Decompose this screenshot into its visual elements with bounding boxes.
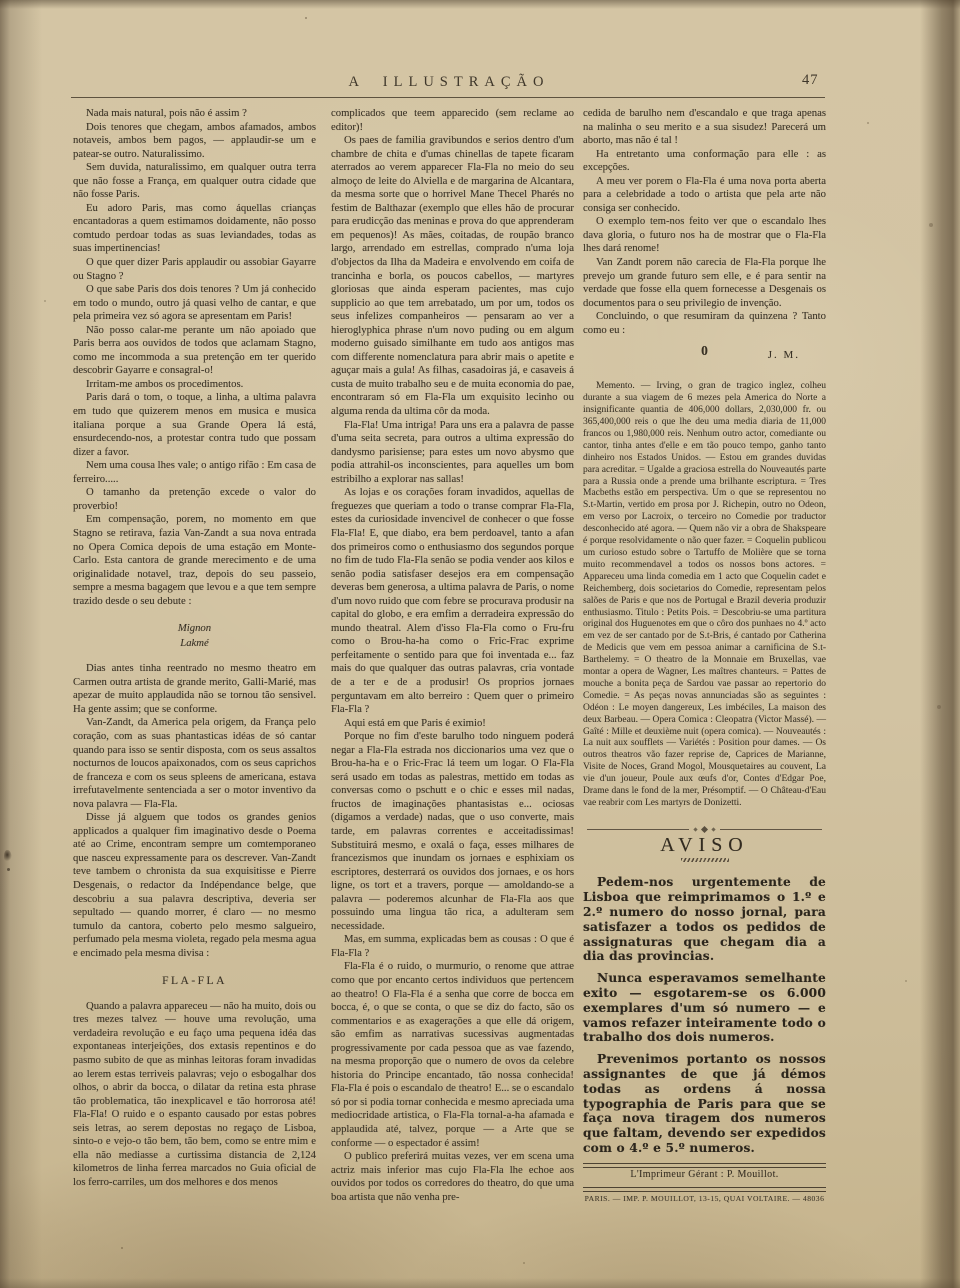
paragraph: A meu ver porem o Fla-Fla é uma nova por… xyxy=(583,175,826,216)
paragraph: O que sabe Paris dos dois tenores ? Um j… xyxy=(73,283,316,324)
page-number: 47 xyxy=(802,72,819,89)
paragraph: Fla-Fla! Uma intriga! Para uns era a pal… xyxy=(331,419,574,487)
diamond-ornament-icon xyxy=(711,827,715,831)
paragraph: Não posso calar-me perante um não apoiad… xyxy=(73,324,316,378)
imprimeur-gerant-line: L'Imprimeur Gérant : P. Mouillot. xyxy=(583,1168,826,1182)
paragraph: O tamanho da pretenção excede o valor do… xyxy=(73,486,316,513)
scanned-magazine-page: A ILLUSTRAÇÃO 47 Nada mais natural, pois… xyxy=(0,0,960,1288)
paragraph: O que quer dizer Paris applaudir ou asso… xyxy=(73,256,316,283)
paragraph: Dias antes tinha reentrado no mesmo thea… xyxy=(73,662,316,716)
paragraph: O exemplo tem-nos feito ver que o escand… xyxy=(583,215,826,256)
paragraph: Concluindo, o que resumiram da quinzena … xyxy=(583,310,826,337)
aviso-section: AVISO Pedem-nos urgentemente de Lisboa q… xyxy=(583,839,826,1156)
paragraph: Nada mais natural, pois não é assim ? xyxy=(73,107,316,121)
opera-title-lakme: Lakmé xyxy=(73,636,316,651)
column-1: Nada mais natural, pois não é assim ? Do… xyxy=(73,107,316,1189)
section-heading-fla-fla: FLA-FLA xyxy=(73,975,316,989)
paragraph: Nem uma cousa lhes vale; o antigo rifão … xyxy=(73,459,316,486)
author-initials: J. M. xyxy=(768,349,800,363)
paragraph: Aqui está em que Paris é eximio! xyxy=(331,717,574,731)
column-2: complicados que teem apparecido (sem rec… xyxy=(331,107,574,1204)
aviso-heading: AVISO xyxy=(583,839,826,853)
divider-line xyxy=(587,829,689,830)
aviso-paragraph: Pedem-nos urgentemente de Lisboa que rei… xyxy=(583,875,826,964)
memento-paragraph: Memento. — Irving, o gran de tragico ing… xyxy=(583,381,826,810)
paper-specks xyxy=(0,0,2,2)
masthead-title: A ILLUSTRAÇÃO xyxy=(73,74,825,91)
paragraph: Fla-Fla é o ruido, o murmurio, o renome … xyxy=(331,960,574,1150)
header-rule xyxy=(71,97,825,98)
paragraph: Os paes de familia gravibundos e serios … xyxy=(331,134,574,418)
paragraph: Disse já alguem que todos os grandes gen… xyxy=(73,811,316,960)
paragraph: Van-Zandt, da America pela origem, da Fr… xyxy=(73,716,316,811)
paragraph: Sem duvida, naturalissimo, em qualquer o… xyxy=(73,161,316,202)
paragraph: Van Zandt porem não carecia de Fla-Fla p… xyxy=(583,256,826,310)
opera-title-mignon: Mignon xyxy=(73,621,316,636)
aviso-paragraph: Prevenimos portanto os nossos assignante… xyxy=(583,1052,826,1156)
signature-row: 0 J. M. xyxy=(583,344,826,368)
printer-imprint-line: PARIS. — IMP. P. MOUILLOT, 13-15, QUAI V… xyxy=(583,1192,826,1206)
paragraph: cedida de barulho nem d'escandalo e que … xyxy=(583,107,826,148)
paragraph: Ha entretanto uma conformação para elle … xyxy=(583,148,826,175)
paragraph: O publico preferirá muitas vezes, ver em… xyxy=(331,1150,574,1204)
paragraph: Dois tenores que chegam, ambos afamados,… xyxy=(73,121,316,162)
diamond-ornament-icon xyxy=(693,827,697,831)
column-3: cedida de barulho nem d'escandalo e que … xyxy=(583,107,826,1206)
diamond-ornament-icon xyxy=(701,826,708,833)
paragraph: Em compensação, porem, no momento em que… xyxy=(73,513,316,608)
paragraph: Irritam-me ambos os procedimentos. xyxy=(73,378,316,392)
aviso-squiggle-rule xyxy=(681,858,729,862)
paragraph: As lojas e os corações foram invadidos, … xyxy=(331,486,574,716)
divider-ornament xyxy=(587,827,822,832)
opera-titles-block: Mignon Lakmé xyxy=(73,621,316,650)
paragraph: Paris dará o tom, o toque, a linha, a ul… xyxy=(73,391,316,459)
paragraph: Porque no fim d'este barulho todo ningue… xyxy=(331,730,574,933)
divider-line xyxy=(720,829,822,830)
paragraph: Eu adoro Paris, mas como áquellas crianç… xyxy=(73,202,316,256)
paragraph: complicados que teem apparecido (sem rec… xyxy=(331,107,574,134)
paragraph: Mas, em summa, explicadas bem as cousas … xyxy=(331,933,574,960)
paragraph: Quando a palavra appareceu — não ha muit… xyxy=(73,1000,316,1190)
margin-ink-smudge xyxy=(4,850,12,866)
aviso-paragraph: Nunca esperavamos semelhante exito — esg… xyxy=(583,971,826,1045)
